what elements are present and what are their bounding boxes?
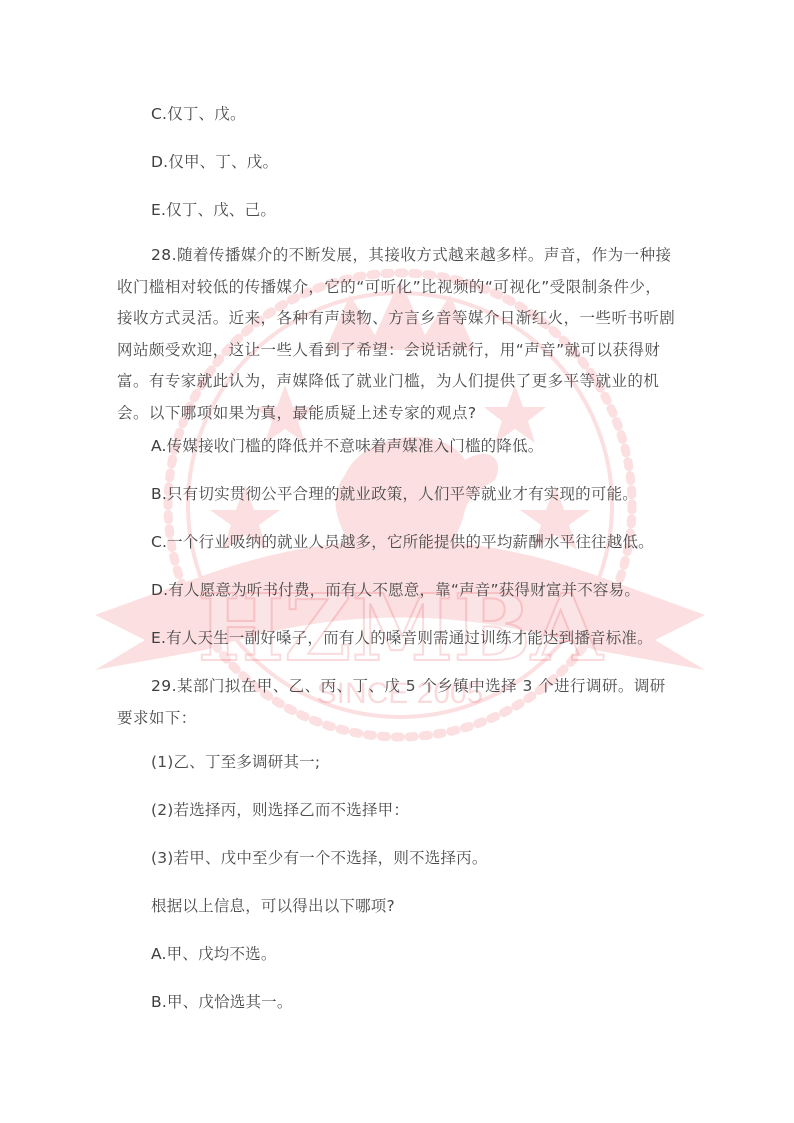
q29-condition-1: (1)乙、丁至多调研其一; (151, 750, 320, 772)
question-number: 28. (151, 246, 177, 264)
q28-option-c: C.一个行业吸纳的就业人员越多，它所能提供的平均薪酬水平往往越低。 (151, 530, 654, 552)
bull-icon (336, 437, 499, 575)
prev-option-d: D.仅甲、丁、戊。 (151, 150, 278, 172)
q29-condition-3: (3)若甲、戊中至少有一个不选择，则不选择丙。 (151, 846, 488, 868)
q29-option-b: B.甲、戊恰选其一。 (151, 990, 293, 1012)
question-number: 29. (151, 677, 177, 695)
q28-option-a: A.传媒接收门槛的降低并不意味着声媒准入门槛的降低。 (151, 434, 543, 456)
prev-option-e: E.仅丁、戊、己。 (151, 198, 276, 220)
prev-option-c: C.仅丁、戊。 (151, 102, 246, 124)
q28-option-d: D.有人愿意为听书付费，而有人不愿意，靠“声音”获得财富并不容易。 (151, 578, 640, 600)
question-28-stem: 28.随着传播媒介的不断发展，其接收方式越来越多样。声音，作为一种接收门槛相对较… (117, 240, 677, 429)
q29-condition-2: (2)若选择丙，则选择乙而不选择甲： (151, 798, 409, 820)
q29-question: 根据以上信息，可以得出以下哪项? (151, 894, 395, 916)
ribbon-banner-icon (95, 540, 705, 670)
question-29-stem: 29.某部门拟在甲、乙、丙、丁、戊 5 个乡镇中选择 3 个进行调研。调研要求如… (117, 671, 677, 734)
document-page: HZMBA SINCE 2005 C.仅丁、戊。 D.仅甲、丁、戊。 E.仅丁、… (0, 0, 794, 1123)
q29-option-a: A.甲、戊均不选。 (151, 942, 277, 964)
q28-option-e: E.有人天生一副好嗓子，而有人的嗓音则需通过训练才能达到播音标准。 (151, 626, 653, 648)
q28-option-b: B.只有切实贯彻公平合理的就业政策，人们平等就业才有实现的可能。 (151, 482, 638, 504)
